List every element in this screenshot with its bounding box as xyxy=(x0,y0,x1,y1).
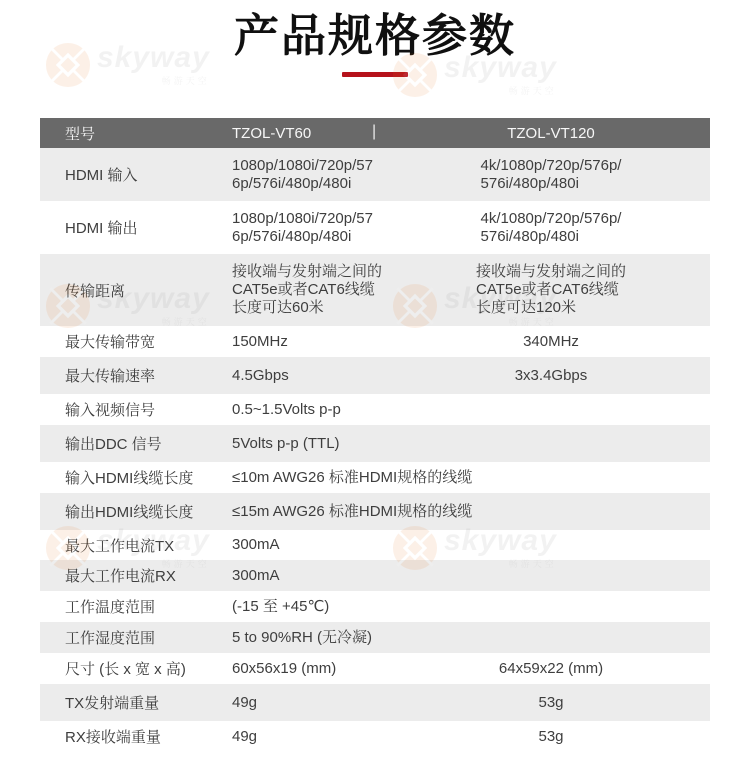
row-label: HDMI 输出 xyxy=(40,217,232,238)
cell-vt120: 接收端与发射端之间的 CAT5e或者CAT6线缆 长度可达120米 xyxy=(476,263,626,317)
row-label: 输入视频信号 xyxy=(40,399,232,420)
table-header-row: 型号 TZOL-VT60 TZOL-VT120 | xyxy=(40,118,710,148)
row-label: 工作湿度范围 xyxy=(40,627,232,648)
cell-vt120: 4k/1080p/720p/576p/ 576i/480p/480i xyxy=(481,210,622,246)
cell-vt120: 3x3.4Gbps xyxy=(515,367,588,385)
row-label: HDMI 输入 xyxy=(40,164,232,185)
cell-shared: 5 to 90%RH (无冷凝) xyxy=(232,629,710,647)
cell-shared: 300mA xyxy=(232,567,710,585)
row-label: 输入HDMI线缆长度 xyxy=(40,467,232,488)
cell-shared: 0.5~1.5Volts p-p xyxy=(232,401,710,419)
cell-vt60: 1080p/1080i/720p/57 6p/576i/480p/480i xyxy=(232,210,392,246)
cell-vt60: 1080p/1080i/720p/57 6p/576i/480p/480i xyxy=(232,157,392,193)
row-label: 传输距离 xyxy=(40,280,232,301)
title-underline-accent xyxy=(342,72,408,77)
table-row-max-bandwidth: 最大传输带宽 150MHz 340MHz xyxy=(40,326,710,357)
cell-shared: ≤15m AWG26 标准HDMI规格的线缆 xyxy=(232,503,710,521)
column-header-vt120: TZOL-VT120 xyxy=(392,125,710,142)
table-row-dimensions: 尺寸 (长 x 宽 x 高) 60x56x19 (mm) 64x59x22 (m… xyxy=(40,653,710,684)
table-row-max-current-tx: 最大工作电流TX 300mA xyxy=(40,530,710,560)
table-row-transmission-distance: 传输距离 接收端与发射端之间的 CAT5e或者CAT6线缆 长度可达60米 接收… xyxy=(40,254,710,326)
table-row-max-data-rate: 最大传输速率 4.5Gbps 3x3.4Gbps xyxy=(40,357,710,394)
cell-vt60: 接收端与发射端之间的 CAT5e或者CAT6线缆 长度可达60米 xyxy=(232,263,392,317)
cell-vt60: 49g xyxy=(232,694,392,712)
table-row-operating-temperature: 工作温度范围 (-15 至 +45℃) xyxy=(40,591,710,622)
column-header-vt60: TZOL-VT60 xyxy=(232,125,392,142)
cell-shared: (-15 至 +45℃) xyxy=(232,598,710,616)
table-row-output-hdmi-cable-length: 输出HDMI线缆长度 ≤15m AWG26 标准HDMI规格的线缆 xyxy=(40,493,710,530)
cell-vt120: 4k/1080p/720p/576p/ 576i/480p/480i xyxy=(481,157,622,193)
table-row-tx-weight: TX发射端重量 49g 53g xyxy=(40,684,710,721)
cell-shared: 5Volts p-p (TTL) xyxy=(232,435,710,453)
cell-shared: 300mA xyxy=(232,536,710,554)
watermark-tagline-text: 畅游天空 xyxy=(509,84,557,97)
row-label: 最大工作电流RX xyxy=(40,565,232,586)
row-label: 尺寸 (长 x 宽 x 高) xyxy=(40,658,232,679)
header-column-divider: | xyxy=(372,118,376,148)
table-row-output-ddc-signal: 输出DDC 信号 5Volts p-p (TTL) xyxy=(40,425,710,462)
row-label: 最大传输带宽 xyxy=(40,331,232,352)
cell-vt60: 150MHz xyxy=(232,333,392,351)
cell-vt120: 340MHz xyxy=(523,333,579,351)
table-row-input-video-signal: 输入视频信号 0.5~1.5Volts p-p xyxy=(40,394,710,425)
cell-vt120: 53g xyxy=(538,694,563,712)
table-row-max-current-rx: 最大工作电流RX 300mA xyxy=(40,560,710,591)
column-header-model: 型号 xyxy=(40,123,232,144)
cell-vt120: 64x59x22 (mm) xyxy=(499,660,603,678)
table-row-input-hdmi-cable-length: 输入HDMI线缆长度 ≤10m AWG26 标准HDMI规格的线缆 xyxy=(40,462,710,493)
row-label: 最大工作电流TX xyxy=(40,535,232,556)
title-block: 产品规格参数 xyxy=(0,0,750,77)
table-row-hdmi-input: HDMI 输入 1080p/1080i/720p/57 6p/576i/480p… xyxy=(40,148,710,201)
spec-table: 型号 TZOL-VT60 TZOL-VT120 | HDMI 输入 1080p/… xyxy=(40,118,710,752)
row-label: TX发射端重量 xyxy=(40,692,232,713)
table-row-hdmi-output: HDMI 输出 1080p/1080i/720p/57 6p/576i/480p… xyxy=(40,201,710,254)
row-label: RX接收端重量 xyxy=(40,726,232,747)
row-label: 最大传输速率 xyxy=(40,365,232,386)
row-label: 工作温度范围 xyxy=(40,596,232,617)
table-row-operating-humidity: 工作湿度范围 5 to 90%RH (无冷凝) xyxy=(40,622,710,653)
cell-vt120: 53g xyxy=(538,728,563,746)
cell-vt60: 4.5Gbps xyxy=(232,367,392,385)
row-label: 输出DDC 信号 xyxy=(40,433,232,454)
row-label: 输出HDMI线缆长度 xyxy=(40,501,232,522)
cell-shared: ≤10m AWG26 标准HDMI规格的线缆 xyxy=(232,469,710,487)
cell-vt60: 60x56x19 (mm) xyxy=(232,660,392,678)
cell-vt60: 49g xyxy=(232,728,392,746)
table-row-rx-weight: RX接收端重量 49g 53g xyxy=(40,721,710,752)
page-title: 产品规格参数 xyxy=(0,12,750,60)
